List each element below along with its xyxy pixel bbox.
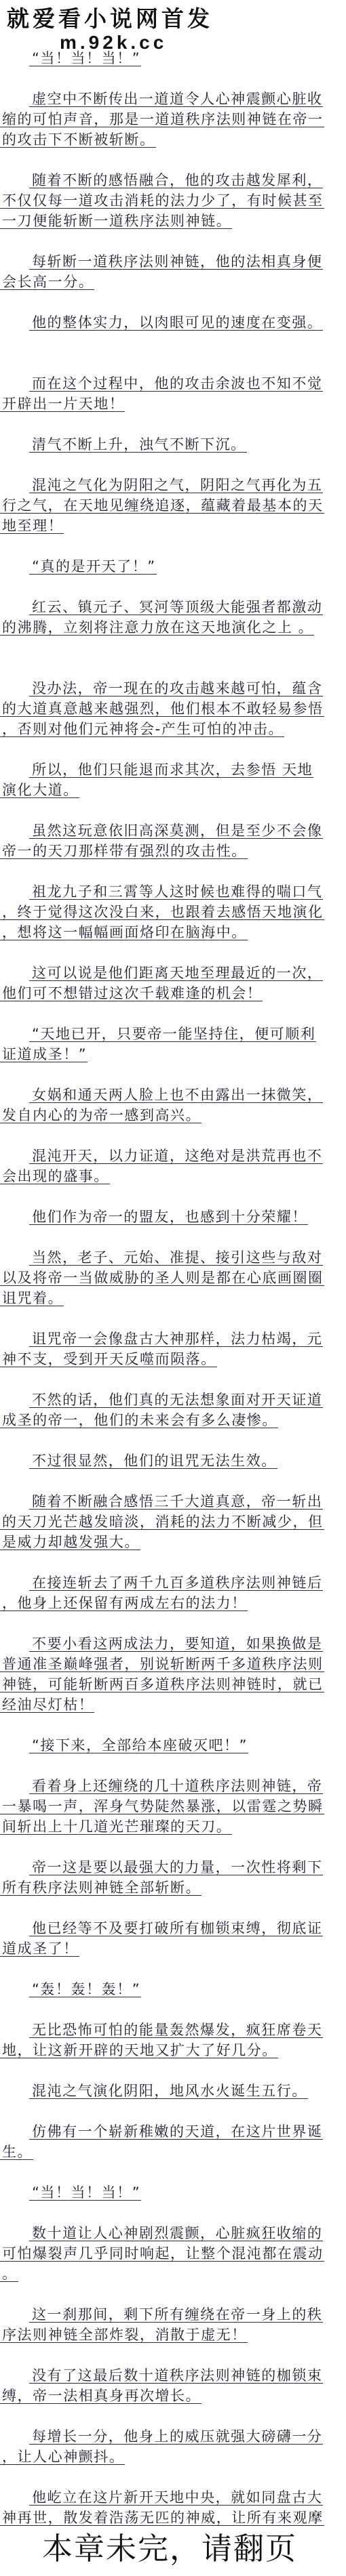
line-text: 所有秩序法则神链全部斩断。 [0,1879,201,1896]
blank-line [0,1432,346,1453]
text-line: 帝一的天刀那样带有强烈的攻击性。 [0,843,346,863]
line-text: 随着不断融合感悟三千大道真意，帝一斩出 [29,1493,323,1510]
paragraph: 红云、镇元子、冥河等顶级大能强者都激动 的沸腾，立刻将注意力放在这天地演化之上 … [0,599,346,640]
text-line: 的沸腾，立刻将注意力放在这天地演化之上 。 [0,619,346,640]
blank-line [0,70,346,91]
blank-line [0,863,346,884]
paragraph: 每增长一分，他身上的威压就强大磅礴一分 ，让人心神颤抖。 [0,2428,346,2469]
text-line: 当然，老子、元始、准提、接引这些与敌对 [0,1249,346,1270]
paragraph: 没有了这最后数十道秩序法则神链的枷锁束 缚，帝一法相真身再次增长。 [0,2367,346,2408]
blank-line [0,741,346,762]
line-text: 当然，老子、元始、准提、接引这些与敌对 [29,1249,323,1266]
text-line: 生。 [0,2144,346,2164]
text-line: 所以，他们只能退而求其次，去参悟 天地 [0,762,346,782]
text-line: ，终于觉得这次没白来，也跟着去感悟天地演化 [0,904,346,924]
text-line: 他的整体实力，以肉眼可见的速度在变强。 [0,314,346,335]
text-line: 以及将帝一当做威胁的圣人则是都在心底画圈圈 [0,1270,346,1290]
line-text: 他屹立在这片新开天地中央，就如同盘古大 [29,2489,323,2506]
line-text: 地至理！ [0,518,64,534]
blank-line [0,1229,346,1249]
line-text: 经油尽灯枯！ [0,1697,94,1713]
blank-line [0,1188,346,1209]
text-line: 每斩断一道秩序法则神链，他的法相真身便 [0,253,346,274]
text-line: 这可以说是他们距离天地至理最近的一次， [0,965,346,985]
text-line: 的大道真意越来越强烈，他们根本不敢轻易参悟 [0,701,346,721]
paragraph: 在接连斩去了两千九百多道秩序法则神链后 ，他身上还保留有两成左右的法力！ [0,1575,346,1615]
blank-line [0,660,346,680]
text-line: 神再世，散发着浩荡无匹的神威，让所有来观摩 [0,2510,346,2530]
line-text: 行之气，在天地见缠绕追逐，蕴藏着最基本的天 [0,497,324,514]
line-text: 的沸腾，立刻将注意力放在这天地演化之上 。 [0,619,314,636]
line-text: 道成圣了！ [0,1940,79,1957]
text-line: 所有秩序法则神链全部斩断。 [0,1879,346,1900]
blank-line [0,1717,346,1737]
paragraph: 混沌开天，以力证道，这绝对是洪荒再也不 会出现的盛事。 [0,1148,346,1188]
text-line: “当！当！当！” [0,50,346,70]
text-line: 随着不断融合感悟三千大道真意，帝一斩出 [0,1493,346,1514]
text-line: 帝一这是要以最强大的力量，一次性将剩下 [0,1859,346,1879]
line-text: “天地已开，只要帝一能坚持住，便可顺利 [29,1026,316,1042]
line-text: “轰！轰！轰！” [29,1981,141,1997]
text-line: 红云、镇元子、冥河等顶级大能强者都激动 [0,599,346,619]
paragraph: 混沌之气演化阴阳，地风水火诞生五行。 [0,2083,346,2103]
blank-line [0,944,346,965]
paragraph: 没办法，帝一现在的攻击越来越可怕，蕴含 的大道真意越来越强烈，他们根本不敢轻易参… [0,680,346,741]
text-line: 间斩出上十几道光芒璀璨的天刀。 [0,1819,346,1839]
line-text: 这可以说是他们距离天地至理最近的一次， [29,965,323,981]
line-text: 的攻击下不断被斩断。 [0,131,156,148]
text-line: “接下来，全部给本座破灭吧！” [0,1737,346,1758]
paragraph: 他们作为帝一的盟友，也感到十分荣耀！ [0,1209,346,1229]
line-text: 间斩出上十几道光芒璀璨的天刀。 [0,1819,232,1835]
blank-line [0,1554,346,1575]
blank-line [0,1839,346,1859]
blank-line [0,152,346,172]
text-line: ，想将这一幅幅画面烙印在脑海中。 [0,924,346,944]
text-line: 混沌开天，以力证道，这绝对是洪荒再也不 [0,1148,346,1168]
blank-line [0,1961,346,1981]
line-text: 虚空中不断传出一道道令人心神震颤心脏收 [29,91,323,107]
blank-line [0,802,346,823]
blank-line [0,2103,346,2123]
blank-line [0,1758,346,1778]
line-text: 。 [0,2266,18,2282]
paragraph: “轰！轰！轰！” [0,1981,346,2001]
text-line: 缚，帝一法相真身再次增长。 [0,2388,346,2408]
blank-line [0,1473,346,1493]
text-line: 他们可不想错过这次千载难逢的机会！ [0,985,346,1005]
line-text: 他的整体实力，以肉眼可见的速度在变强。 [29,314,323,331]
line-text: 所以，他们只能退而求其次，去参悟 天地 [29,762,313,778]
paragraph: “接下来，全部给本座破灭吧！” [0,1737,346,1758]
blank-line [0,1310,346,1331]
text-line: 仿佛有一个崭新稚嫩的天道，在这片世界诞 [0,2123,346,2144]
site-title-watermark: 就爱看小说网首发 [7,5,213,33]
text-line: 一刀便能斩断一道秩序法则神链。 [0,213,346,233]
text-line: 看着身上还缠绕的几十道秩序法则神链，帝 [0,1778,346,1798]
text-line: 在接连斩去了两千九百多道秩序法则神链后 [0,1575,346,1595]
line-text: 缩的可怕声音，那是一道道秩序法则神链在帝一 [0,111,324,127]
line-text: 这一刹那间，剩下所有缠绕在帝一身上的秩 [29,2306,323,2323]
line-text: ，他身上还保留有两成左右的法力！ [0,1595,248,1611]
line-text: 混沌开天，以力证道，这绝对是洪荒再也不 [29,1148,323,1164]
line-text: 诅咒帝一会像盘古大神那样，法力枯竭，元 [29,1331,323,1347]
paragraph: “真的是开天了！” [0,558,346,579]
text-line: “当！当！当！” [0,2184,346,2205]
blank-line [0,538,346,558]
line-text: 诅咒着。 [0,1290,64,1306]
text-line: ，否则对他们元神将会-产生可怕的冲击。 [0,721,346,741]
line-text: 混沌之气化为阴阳之气，阴阳之气再化为五 [29,477,323,493]
paragraph: 无比恐怖可怕的能量轰然爆发，疯狂席卷天 地，让这新开辟的天地又扩大了好几分。 [0,2022,346,2062]
text-line: 女娲和通天两人脸上也不由露出一抹微笑， [0,1087,346,1107]
text-line: 地至理！ [0,518,346,538]
line-text: 他们作为帝一的盟友，也感到十分荣耀！ [29,1209,308,1225]
line-text: 仿佛有一个崭新稚嫩的天道，在这片世界诞 [29,2123,323,2140]
line-text: ，终于觉得这次没白来，也跟着去感悟天地演化 [0,904,324,920]
text-line: 神链，可能斩断两百多道秩序法则神链时，就已 [0,1676,346,1697]
text-line: 会出现的盛事。 [0,1168,346,1188]
line-text: 而在这个过程中，他的攻击余波也不知不觉 [29,375,323,392]
line-text: 一刀便能斩断一道秩序法则神链。 [0,213,232,229]
paragraph: 不要小看这两成法力，要知道，如果换做是 普通准圣巅峰强者，别说斩断两千多道秩序法… [0,1636,346,1717]
paragraph: 当然，老子、元始、准提、接引这些与敌对 以及将帝一当做威胁的圣人则是都在心底画圈… [0,1249,346,1310]
text-line: 清气不断上升，浊气不断下沉。 [0,436,346,457]
blank-line [0,233,346,253]
text-line: 不然的话，他们真的无法想象面对开天证道 [0,1392,346,1412]
text-line: 诅咒着。 [0,1290,346,1310]
line-text: 每斩断一道秩序法则神链，他的法相真身便 [29,253,323,270]
line-text: 成圣的帝一，他们的未来会有多么凄惨。 [0,1412,278,1428]
text-line: 。 [0,2266,346,2286]
line-text: 生。 [0,2144,33,2160]
paragraph: 这可以说是他们距离天地至理最近的一次， 他们可不想错过这次千载难逢的机会！ [0,965,346,1005]
blank-line [0,2205,346,2225]
paragraph: 不然的话，他们真的无法想象面对开天证道 成圣的帝一，他们的未来会有多么凄惨。 [0,1392,346,1432]
paragraph: 他屹立在这片新开天地中央，就如同盘古大 神再世，散发着浩荡无匹的神威，让所有来观… [0,2489,346,2530]
text-line: 祖龙九子和三霄等人这时候也难得的喘口气 [0,884,346,904]
paragraph: 每斩断一道秩序法则神链，他的法相真身便 会长高一分。 [0,253,346,294]
text-line: 缩的可怕声音，那是一道道秩序法则神链在帝一 [0,111,346,131]
paragraph: 帝一这是要以最强大的力量，一次性将剩下 所有秩序法则神链全部斩断。 [0,1859,346,1900]
line-text: 地，让这新开辟的天地又扩大了好几分。 [0,2042,278,2058]
text-line: “真的是开天了！” [0,558,346,579]
paragraph: 这一刹那间，剩下所有缠绕在帝一身上的秩 序法则神链全部炸裂，消散于虚无！ [0,2306,346,2347]
line-text: 一暴喝一声，浑身气势陡然暴涨，以雷霆之势瞬 [0,1798,324,1814]
text-line: 发自内心的为帝一感到高兴。 [0,1107,346,1127]
line-text: 的天刀光芒越发暗淡，消耗的法力不断减少，但 [0,1514,324,1530]
blank-line [0,335,346,355]
line-text: 可怕爆裂声几乎同时响起，让整个混沌都在震动 [0,2245,324,2262]
line-text: 神再世，散发着浩荡无匹的神威，让所有来观摩 [0,2510,324,2526]
line-text: 序法则神链全部炸裂，消散于虚无！ [0,2327,248,2343]
text-line: 没办法，帝一现在的攻击越来越可怕，蕴含 [0,680,346,701]
paragraph: 虚空中不断传出一道道令人心神震颤心脏收 缩的可怕声音，那是一道道秩序法则神链在帝… [0,91,346,152]
site-url-watermark: m.92k.cc [60,32,167,54]
text-line: 地，让这新开辟的天地又扩大了好几分。 [0,2042,346,2062]
blank-line [0,579,346,599]
text-line: ，他身上还保留有两成左右的法力！ [0,1595,346,1615]
text-line: 随着不断的感悟融合，他的攻击越发犀利， [0,172,346,192]
line-text: 会出现的盛事。 [0,1168,110,1184]
line-text: 证道成圣！” [0,1046,88,1062]
blank-line [0,2062,346,2083]
blank-line [0,1371,346,1392]
line-text: 以及将帝一当做威胁的圣人则是都在心底画圈圈 [0,1270,324,1286]
text-line: 他已经等不及要打破所有枷锁束缚，彻底证 [0,1920,346,1940]
blank-line [0,1127,346,1148]
blank-line [0,294,346,314]
text-line: 不过很显然，他们的诅咒无法生效。 [0,1453,346,1473]
paragraph: 所以，他们只能退而求其次，去参悟 天地 演化大道。 [0,762,346,802]
text-line: 行之气，在天地见缠绕追逐，蕴藏着最基本的天 [0,497,346,518]
line-text: 帝一的天刀那样带有强烈的攻击性。 [0,843,248,859]
line-text: 随着不断的感悟融合，他的攻击越发犀利， [29,172,323,188]
text-line: 无比恐怖可怕的能量轰然爆发，疯狂席卷天 [0,2022,346,2042]
line-text: ，想将这一幅幅画面烙印在脑海中。 [0,924,248,940]
text-line: 会长高一分。 [0,274,346,294]
line-text: “接下来，全部给本座破灭吧！” [29,1737,248,1753]
line-text: 在接连斩去了两千九百多道秩序法则神链后 [29,1575,323,1591]
line-text: 演化大道。 [0,782,79,798]
line-text: 会长高一分。 [0,274,94,290]
blank-line [0,1900,346,1920]
paragraph: 仿佛有一个崭新稚嫩的天道，在这片世界诞 生。 [0,2123,346,2164]
text-line: 虚空中不断传出一道道令人心神震颤心脏收 [0,91,346,111]
line-text: 看着身上还缠绕的几十道秩序法则神链，帝 [29,1778,323,1794]
line-text: 的大道真意越来越强烈，他们根本不敢轻易参悟 [0,701,324,717]
text-line: 演化大道。 [0,782,346,802]
paragraph: 随着不断融合感悟三千大道真意，帝一斩出 的天刀光芒越发暗淡，消耗的法力不断减少，… [0,1493,346,1554]
text-line: 一暴喝一声，浑身气势陡然暴涨，以雷霆之势瞬 [0,1798,346,1819]
line-text: 无比恐怖可怕的能量轰然爆发，疯狂席卷天 [29,2022,323,2038]
text-line: 经油尽灯枯！ [0,1697,346,1717]
paragraph: “当！当！当！” [0,2184,346,2205]
chapter-continue-notice: 本章未完，请翻页 [39,2530,300,2568]
text-line: 混沌之气化为阴阳之气，阴阳之气再化为五 [0,477,346,497]
line-text: 神链，可能斩断两百多道秩序法则神链时，就已 [0,1676,324,1692]
line-text: 数十道让人心神剧烈震颤，心脏疯狂收缩的 [29,2225,323,2241]
text-line: 开辟出一片天地！ [0,396,346,416]
blank-line [0,1066,346,1087]
text-line: 他们作为帝一的盟友，也感到十分荣耀！ [0,1209,346,1229]
line-text: 神不支，受到开天反噬而陨落。 [0,1351,217,1367]
text-line: 虽然这玩意依旧高深莫测，但是至少不会像 [0,823,346,843]
blank-line [0,2164,346,2184]
line-text: 帝一这是要以最强大的力量，一次性将剩下 [29,1859,323,1875]
line-text: “真的是开天了！” [29,558,157,575]
paragraph: 不过很显然，他们的诅咒无法生效。 [0,1453,346,1473]
line-text: “当！当！当！” [29,2184,141,2201]
line-text: 不过很显然，他们的诅咒无法生效。 [29,1453,277,1469]
line-text: 混沌之气演化阴阳，地风水火诞生五行。 [29,2083,308,2099]
text-line: 他屹立在这片新开天地中央，就如同盘古大 [0,2489,346,2510]
line-text: 祖龙九子和三霄等人这时候也难得的喘口气 [29,884,323,900]
blank-line [0,1615,346,1636]
text-line: 每增长一分，他身上的威压就强大磅礴一分 [0,2428,346,2449]
line-text: 清气不断上升，浊气不断下沉。 [29,436,247,453]
line-text: 发自内心的为帝一感到高兴。 [0,1107,201,1123]
text-line: 可怕爆裂声几乎同时响起，让整个混沌都在震动 [0,2245,346,2266]
line-text: 红云、镇元子、冥河等顶级大能强者都激动 [29,599,323,615]
line-text: 缚，帝一法相真身再次增长。 [0,2388,201,2404]
text-line: 证道成圣！” [0,1046,346,1066]
blank-line [0,2408,346,2428]
line-text: 虽然这玩意依旧高深莫测，但是至少不会像 [29,823,323,839]
text-line: 不仅仅每一道攻击消耗的法力少了，有时候甚至 [0,192,346,213]
paragraph: “当！当！当！” [0,50,346,70]
text-line: 数十道让人心神剧烈震颤，心脏疯狂收缩的 [0,2225,346,2245]
paragraph: 随着不断的感悟融合，他的攻击越发犀利， 不仅仅每一道攻击消耗的法力少了，有时候甚… [0,172,346,233]
blank-line [0,457,346,477]
paragraph: “天地已开，只要帝一能坚持住，便可顺利 证道成圣！” [0,1026,346,1066]
line-text: 女娲和通天两人脸上也不由露出一抹微笑， [29,1087,323,1103]
text-line: 神不支，受到开天反噬而陨落。 [0,1351,346,1371]
text-line: “轰！轰！轰！” [0,1981,346,2001]
line-text: 不然的话，他们真的无法想象面对开天证道 [29,1392,323,1408]
blank-line [0,416,346,436]
line-text: 不要小看这两成法力，要知道，如果换做是 [29,1636,323,1652]
text-line: 而在这个过程中，他的攻击余波也不知不觉 [0,375,346,396]
paragraph: 混沌之气化为阴阳之气，阴阳之气再化为五 行之气，在天地见缠绕追逐，蕴藏着最基本的… [0,477,346,538]
blank-line [0,1005,346,1026]
paragraph: 诅咒帝一会像盘古大神那样，法力枯竭，元 神不支，受到开天反噬而陨落。 [0,1331,346,1371]
paragraph: 他已经等不及要打破所有枷锁束缚，彻底证 道成圣了！ [0,1920,346,1961]
paragraph: 而在这个过程中，他的攻击余波也不知不觉 开辟出一片天地！ [0,375,346,416]
line-text: 没有了这最后数十道秩序法则神链的枷锁束 [29,2367,323,2384]
line-text: 他已经等不及要打破所有枷锁束缚，彻底证 [29,1920,323,1936]
text-line: 普通准圣巅峰强者，别说斩断两千多道秩序法则 [0,1656,346,1676]
line-text: 开辟出一片天地！ [0,396,125,412]
blank-line [0,2286,346,2306]
text-line: ，让人心神颤抖。 [0,2449,346,2469]
paragraph: 他的整体实力，以肉眼可见的速度在变强。 [0,314,346,335]
chapter-text: “当！当！当！” 虚空中不断传出一道道令人心神震颤心脏收 缩的可怕声音，那是一道… [0,50,346,2530]
text-line: “天地已开，只要帝一能坚持住，便可顺利 [0,1026,346,1046]
text-line: 道成圣了！ [0,1940,346,1961]
text-line: 这一刹那间，剩下所有缠绕在帝一身上的秩 [0,2306,346,2327]
text-line: 的攻击下不断被斩断。 [0,131,346,152]
paragraph: 虽然这玩意依旧高深莫测，但是至少不会像 帝一的天刀那样带有强烈的攻击性。 [0,823,346,863]
blank-line [0,2001,346,2022]
text-line: 不要小看这两成法力，要知道，如果换做是 [0,1636,346,1656]
paragraph: 女娲和通天两人脸上也不由露出一抹微笑， 发自内心的为帝一感到高兴。 [0,1087,346,1127]
paragraph: 数十道让人心神剧烈震颤，心脏疯狂收缩的 可怕爆裂声几乎同时响起，让整个混沌都在震… [0,2225,346,2286]
blank-line [0,640,346,660]
line-text: 普通准圣巅峰强者，别说斩断两千多道秩序法则 [0,1656,324,1672]
text-line: 成圣的帝一，他们的未来会有多么凄惨。 [0,1412,346,1432]
text-line: 序法则神链全部炸裂，消散于虚无！ [0,2327,346,2347]
paragraph: 祖龙九子和三霄等人这时候也难得的喘口气 ，终于觉得这次没白来，也跟着去感悟天地演… [0,884,346,944]
text-line: 诅咒帝一会像盘古大神那样，法力枯竭，元 [0,1331,346,1351]
text-line: 是威力却越发强大。 [0,1534,346,1554]
line-text: ，让人心神颤抖。 [0,2449,125,2465]
line-text: 没办法，帝一现在的攻击越来越可怕，蕴含 [29,680,323,697]
line-text: ，否则对他们元神将会-产生可怕的冲击。 [0,721,284,737]
text-line: 的天刀光芒越发暗淡，消耗的法力不断减少，但 [0,1514,346,1534]
line-text: 是威力却越发强大。 [0,1534,140,1550]
line-text: 他们可不想错过这次千载难逢的机会！ [0,985,263,1001]
blank-line [0,2347,346,2367]
blank-line [0,2469,346,2489]
text-line: 没有了这最后数十道秩序法则神链的枷锁束 [0,2367,346,2388]
paragraph: 看着身上还缠绕的几十道秩序法则神链，帝 一暴喝一声，浑身气势陡然暴涨，以雷霆之势… [0,1778,346,1839]
blank-line [0,355,346,375]
text-line: 混沌之气演化阴阳，地风水火诞生五行。 [0,2083,346,2103]
paragraph: 清气不断上升，浊气不断下沉。 [0,436,346,457]
line-text: 不仅仅每一道攻击消耗的法力少了，有时候甚至 [0,192,324,209]
line-text: 每增长一分，他身上的威压就强大磅礴一分 [29,2428,323,2445]
